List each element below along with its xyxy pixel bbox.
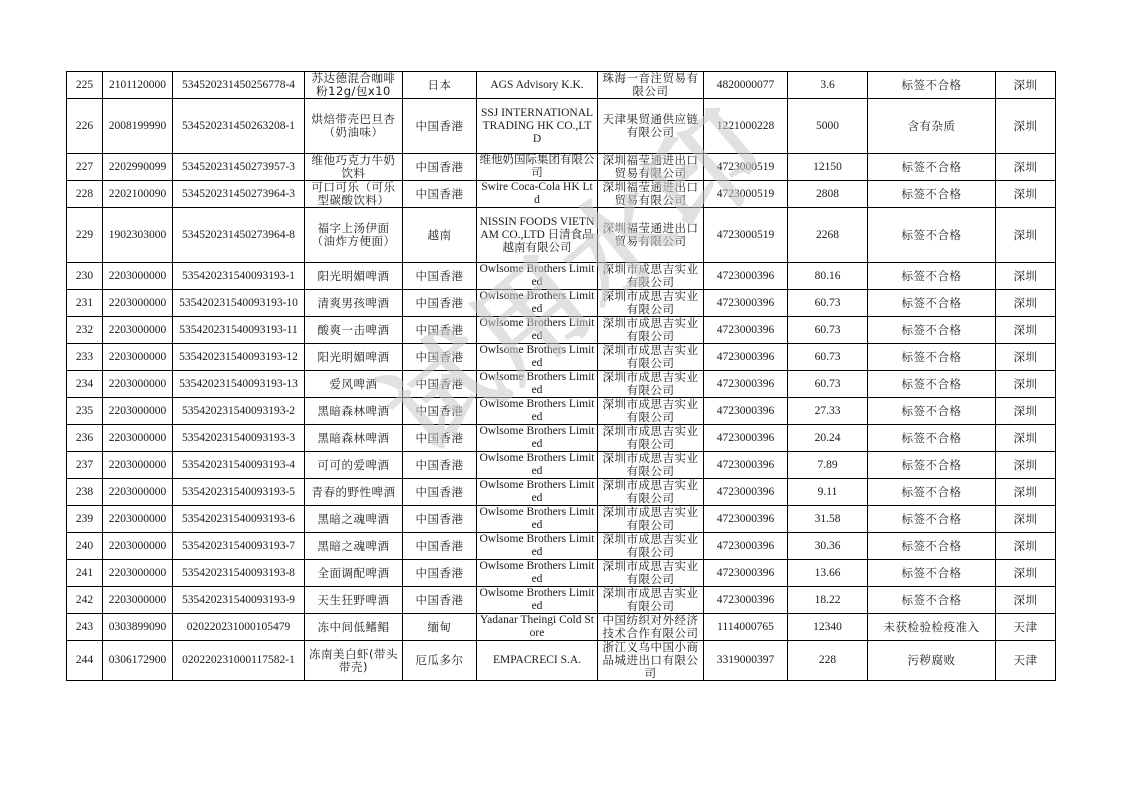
row-number-cell: 233: [67, 344, 103, 371]
quantity-cell: 80.16: [788, 263, 868, 290]
port-cell: 深圳: [996, 506, 1056, 533]
rejection-reason-cell: 标签不合格: [868, 533, 996, 560]
table-row: 2332203000000535420231540093193-12阳光明媚啤酒…: [67, 344, 1056, 371]
row-number-cell: 240: [67, 533, 103, 560]
hs-code-cell: 1902303000: [103, 208, 173, 263]
table-row: 2352203000000535420231540093193-2黑暗森林啤酒中…: [67, 398, 1056, 425]
product-name-cell: 黑暗之魂啤酒: [305, 533, 403, 560]
row-number-cell: 235: [67, 398, 103, 425]
importer-code-cell: 3319000397: [704, 641, 788, 681]
importer-code-cell: 4723000396: [704, 533, 788, 560]
importer-code-cell: 4723000396: [704, 452, 788, 479]
hs-code-cell: 2203000000: [103, 317, 173, 344]
origin-country-cell: 中国香港: [403, 290, 477, 317]
rejection-reason-cell: 未获检验检疫准入: [868, 614, 996, 641]
importer-name-cell: 深圳市成思吉实业有限公司: [598, 452, 704, 479]
declaration-number-cell: 020220231000105479: [173, 614, 305, 641]
hs-code-cell: 2101120000: [103, 72, 173, 99]
port-cell: 天津: [996, 641, 1056, 681]
row-number-cell: 225: [67, 72, 103, 99]
quantity-cell: 60.73: [788, 371, 868, 398]
declaration-number-cell: 534520231450273964-3: [173, 181, 305, 208]
hs-code-cell: 2202100090: [103, 181, 173, 208]
importer-name-cell: 浙江义乌中国小商品城进出口有限公司: [598, 641, 704, 681]
importer-name-cell: 深圳市成思吉实业有限公司: [598, 344, 704, 371]
producer-name-cell: Yadanar Theingi Cold Store: [477, 614, 598, 641]
declaration-number-cell: 535420231540093193-12: [173, 344, 305, 371]
hs-code-cell: 2203000000: [103, 452, 173, 479]
rejection-reason-cell: 标签不合格: [868, 263, 996, 290]
rejected-imports-table: 2252101120000534520231450256778-4苏达德混合咖啡…: [66, 71, 1056, 681]
port-cell: 深圳: [996, 263, 1056, 290]
table-row: 2252101120000534520231450256778-4苏达德混合咖啡…: [67, 72, 1056, 99]
table-row: 2392203000000535420231540093193-6黑暗之魂啤酒中…: [67, 506, 1056, 533]
table-row: 2342203000000535420231540093193-13爱风啤酒中国…: [67, 371, 1056, 398]
port-cell: 深圳: [996, 344, 1056, 371]
importer-name-cell: 珠海一音注贸易有限公司: [598, 72, 704, 99]
row-number-cell: 232: [67, 317, 103, 344]
declaration-number-cell: 535420231540093193-1: [173, 263, 305, 290]
port-cell: 深圳: [996, 398, 1056, 425]
importer-code-cell: 4723000519: [704, 154, 788, 181]
importer-name-cell: 深圳市成思吉实业有限公司: [598, 533, 704, 560]
producer-name-cell: Owlsome Brothers Limited: [477, 506, 598, 533]
hs-code-cell: 2203000000: [103, 344, 173, 371]
rejection-reason-cell: 标签不合格: [868, 317, 996, 344]
hs-code-cell: 2203000000: [103, 398, 173, 425]
declaration-number-cell: 534520231450273957-3: [173, 154, 305, 181]
origin-country-cell: 中国香港: [403, 425, 477, 452]
rejection-reason-cell: 标签不合格: [868, 425, 996, 452]
hs-code-cell: 2203000000: [103, 479, 173, 506]
declaration-number-cell: 535420231540093193-2: [173, 398, 305, 425]
product-name-cell: 冻南美白虾(带头带壳): [305, 641, 403, 681]
product-name-cell: 维他巧克力牛奶饮料: [305, 154, 403, 181]
port-cell: 深圳: [996, 72, 1056, 99]
quantity-cell: 31.58: [788, 506, 868, 533]
rejection-reason-cell: 标签不合格: [868, 344, 996, 371]
origin-country-cell: 中国香港: [403, 344, 477, 371]
row-number-cell: 231: [67, 290, 103, 317]
quantity-cell: 60.73: [788, 290, 868, 317]
quantity-cell: 30.36: [788, 533, 868, 560]
rejection-reason-cell: 标签不合格: [868, 181, 996, 208]
table-row: 2322203000000535420231540093193-11酸爽一击啤酒…: [67, 317, 1056, 344]
importer-name-cell: 深圳市成思吉实业有限公司: [598, 290, 704, 317]
importer-code-cell: 4723000396: [704, 263, 788, 290]
product-name-cell: 黑暗森林啤酒: [305, 398, 403, 425]
product-name-cell: 天生狂野啤酒: [305, 587, 403, 614]
origin-country-cell: 中国香港: [403, 533, 477, 560]
quantity-cell: 27.33: [788, 398, 868, 425]
row-number-cell: 241: [67, 560, 103, 587]
producer-name-cell: Owlsome Brothers Limited: [477, 425, 598, 452]
port-cell: 深圳: [996, 208, 1056, 263]
producer-name-cell: Swire Coca-Cola HK Ltd: [477, 181, 598, 208]
declaration-number-cell: 535420231540093193-10: [173, 290, 305, 317]
table-row: 2402203000000535420231540093193-7黑暗之魂啤酒中…: [67, 533, 1056, 560]
product-name-cell: 阳光明媚啤酒: [305, 344, 403, 371]
rejection-reason-cell: 标签不合格: [868, 398, 996, 425]
origin-country-cell: 越南: [403, 208, 477, 263]
rejection-reason-cell: 标签不合格: [868, 452, 996, 479]
origin-country-cell: 中国香港: [403, 452, 477, 479]
product-name-cell: 酸爽一击啤酒: [305, 317, 403, 344]
importer-name-cell: 深圳福莹通进出口贸易有限公司: [598, 154, 704, 181]
quantity-cell: 60.73: [788, 344, 868, 371]
origin-country-cell: 厄瓜多尔: [403, 641, 477, 681]
port-cell: 深圳: [996, 560, 1056, 587]
table-row: 2291902303000534520231450273964-8福字上汤伊面（…: [67, 208, 1056, 263]
port-cell: 深圳: [996, 181, 1056, 208]
product-name-cell: 清爽男孩啤酒: [305, 290, 403, 317]
port-cell: 深圳: [996, 317, 1056, 344]
importer-code-cell: 4723000396: [704, 587, 788, 614]
row-number-cell: 236: [67, 425, 103, 452]
product-name-cell: 可可的爱啤酒: [305, 452, 403, 479]
producer-name-cell: Owlsome Brothers Limited: [477, 587, 598, 614]
hs-code-cell: 0306172900: [103, 641, 173, 681]
rejection-reason-cell: 标签不合格: [868, 371, 996, 398]
importer-code-cell: 4723000519: [704, 208, 788, 263]
table-row: 2272202990099534520231450273957-3维他巧克力牛奶…: [67, 154, 1056, 181]
origin-country-cell: 中国香港: [403, 587, 477, 614]
row-number-cell: 244: [67, 641, 103, 681]
product-name-cell: 黑暗森林啤酒: [305, 425, 403, 452]
table-row: 2282202100090534520231450273964-3可口可乐（可乐…: [67, 181, 1056, 208]
table-row: 2422203000000535420231540093193-9天生狂野啤酒中…: [67, 587, 1056, 614]
importer-name-cell: 中国纺织对外经济技术合作有限公司: [598, 614, 704, 641]
product-name-cell: 冻中间低鳍鲳: [305, 614, 403, 641]
producer-name-cell: EMPACRECI S.A.: [477, 641, 598, 681]
port-cell: 深圳: [996, 587, 1056, 614]
producer-name-cell: SSJ INTERNATIONAL TRADING HK CO.,LTD: [477, 99, 598, 154]
importer-code-cell: 4723000396: [704, 398, 788, 425]
row-number-cell: 227: [67, 154, 103, 181]
declaration-number-cell: 535420231540093193-11: [173, 317, 305, 344]
product-name-cell: 青春的野性啤酒: [305, 479, 403, 506]
row-number-cell: 228: [67, 181, 103, 208]
origin-country-cell: 缅甸: [403, 614, 477, 641]
importer-name-cell: 深圳市成思吉实业有限公司: [598, 317, 704, 344]
quantity-cell: 228: [788, 641, 868, 681]
port-cell: 天津: [996, 614, 1056, 641]
origin-country-cell: 中国香港: [403, 317, 477, 344]
table-row: 2302203000000535420231540093193-1阳光明媚啤酒中…: [67, 263, 1056, 290]
importer-name-cell: 深圳市成思吉实业有限公司: [598, 398, 704, 425]
quantity-cell: 5000: [788, 99, 868, 154]
row-number-cell: 237: [67, 452, 103, 479]
producer-name-cell: Owlsome Brothers Limited: [477, 560, 598, 587]
rejection-reason-cell: 标签不合格: [868, 290, 996, 317]
product-name-cell: 黑暗之魂啤酒: [305, 506, 403, 533]
importer-name-cell: 深圳市成思吉实业有限公司: [598, 560, 704, 587]
table-row: 2312203000000535420231540093193-10清爽男孩啤酒…: [67, 290, 1056, 317]
producer-name-cell: AGS Advisory K.K.: [477, 72, 598, 99]
origin-country-cell: 中国香港: [403, 99, 477, 154]
producer-name-cell: Owlsome Brothers Limited: [477, 371, 598, 398]
quantity-cell: 60.73: [788, 317, 868, 344]
origin-country-cell: 中国香港: [403, 263, 477, 290]
rejection-reason-cell: 标签不合格: [868, 208, 996, 263]
declaration-number-cell: 535420231540093193-13: [173, 371, 305, 398]
rejection-reason-cell: 标签不合格: [868, 506, 996, 533]
declaration-number-cell: 535420231540093193-6: [173, 506, 305, 533]
port-cell: 深圳: [996, 371, 1056, 398]
importer-name-cell: 深圳市成思吉实业有限公司: [598, 587, 704, 614]
origin-country-cell: 中国香港: [403, 398, 477, 425]
product-name-cell: 烘焙带壳巴旦杏（奶油味）: [305, 99, 403, 154]
importer-name-cell: 天津果贸通供应链有限公司: [598, 99, 704, 154]
importer-code-cell: 4723000519: [704, 181, 788, 208]
importer-name-cell: 深圳市成思吉实业有限公司: [598, 425, 704, 452]
product-name-cell: 阳光明媚啤酒: [305, 263, 403, 290]
product-name-cell: 苏达德混合咖啡粉12g/包x10: [305, 72, 403, 99]
producer-name-cell: Owlsome Brothers Limited: [477, 398, 598, 425]
rejection-reason-cell: 标签不合格: [868, 587, 996, 614]
port-cell: 深圳: [996, 425, 1056, 452]
origin-country-cell: 日本: [403, 72, 477, 99]
row-number-cell: 226: [67, 99, 103, 154]
importer-code-cell: 4723000396: [704, 479, 788, 506]
importer-code-cell: 4723000396: [704, 290, 788, 317]
quantity-cell: 7.89: [788, 452, 868, 479]
producer-name-cell: Owlsome Brothers Limited: [477, 344, 598, 371]
hs-code-cell: 2202990099: [103, 154, 173, 181]
hs-code-cell: 2203000000: [103, 290, 173, 317]
declaration-number-cell: 534520231450273964-8: [173, 208, 305, 263]
quantity-cell: 12150: [788, 154, 868, 181]
producer-name-cell: Owlsome Brothers Limited: [477, 317, 598, 344]
row-number-cell: 239: [67, 506, 103, 533]
importer-name-cell: 深圳市成思吉实业有限公司: [598, 506, 704, 533]
quantity-cell: 2808: [788, 181, 868, 208]
rejection-reason-cell: 标签不合格: [868, 72, 996, 99]
row-number-cell: 242: [67, 587, 103, 614]
quantity-cell: 9.11: [788, 479, 868, 506]
product-name-cell: 爱风啤酒: [305, 371, 403, 398]
port-cell: 深圳: [996, 533, 1056, 560]
origin-country-cell: 中国香港: [403, 154, 477, 181]
hs-code-cell: 2203000000: [103, 263, 173, 290]
origin-country-cell: 中国香港: [403, 479, 477, 506]
row-number-cell: 234: [67, 371, 103, 398]
rejection-reason-cell: 污秽腐败: [868, 641, 996, 681]
table-row: 2430303899090020220231000105479冻中间低鳍鲳缅甸Y…: [67, 614, 1056, 641]
producer-name-cell: 维他奶国际集团有限公司: [477, 154, 598, 181]
origin-country-cell: 中国香港: [403, 560, 477, 587]
importer-code-cell: 1114000765: [704, 614, 788, 641]
rejection-reason-cell: 标签不合格: [868, 154, 996, 181]
row-number-cell: 229: [67, 208, 103, 263]
declaration-number-cell: 535420231540093193-5: [173, 479, 305, 506]
table-row: 2262008199990534520231450263208-1烘焙带壳巴旦杏…: [67, 99, 1056, 154]
origin-country-cell: 中国香港: [403, 181, 477, 208]
hs-code-cell: 2203000000: [103, 560, 173, 587]
rejection-reason-cell: 标签不合格: [868, 560, 996, 587]
producer-name-cell: NISSIN FOODS VIETNAM CO.,LTD 日清食品越南有限公司: [477, 208, 598, 263]
importer-name-cell: 深圳市成思吉实业有限公司: [598, 371, 704, 398]
product-name-cell: 全面调配啤酒: [305, 560, 403, 587]
table-row: 2382203000000535420231540093193-5青春的野性啤酒…: [67, 479, 1056, 506]
importer-code-cell: 4820000077: [704, 72, 788, 99]
importer-code-cell: 4723000396: [704, 344, 788, 371]
producer-name-cell: Owlsome Brothers Limited: [477, 263, 598, 290]
port-cell: 深圳: [996, 290, 1056, 317]
declaration-number-cell: 535420231540093193-8: [173, 560, 305, 587]
importer-code-cell: 4723000396: [704, 425, 788, 452]
producer-name-cell: Owlsome Brothers Limited: [477, 290, 598, 317]
product-name-cell: 可口可乐（可乐型碳酸饮料）: [305, 181, 403, 208]
port-cell: 深圳: [996, 99, 1056, 154]
declaration-number-cell: 535420231540093193-4: [173, 452, 305, 479]
rejection-reason-cell: 含有杂质: [868, 99, 996, 154]
declaration-number-cell: 534520231450256778-4: [173, 72, 305, 99]
declaration-number-cell: 535420231540093193-9: [173, 587, 305, 614]
row-number-cell: 243: [67, 614, 103, 641]
port-cell: 深圳: [996, 154, 1056, 181]
rejection-reason-cell: 标签不合格: [868, 479, 996, 506]
quantity-cell: 2268: [788, 208, 868, 263]
origin-country-cell: 中国香港: [403, 506, 477, 533]
hs-code-cell: 2203000000: [103, 425, 173, 452]
quantity-cell: 13.66: [788, 560, 868, 587]
row-number-cell: 230: [67, 263, 103, 290]
declaration-number-cell: 020220231000117582-1: [173, 641, 305, 681]
quantity-cell: 18.22: [788, 587, 868, 614]
table-row: 2412203000000535420231540093193-8全面调配啤酒中…: [67, 560, 1056, 587]
row-number-cell: 238: [67, 479, 103, 506]
origin-country-cell: 中国香港: [403, 371, 477, 398]
declaration-number-cell: 535420231540093193-7: [173, 533, 305, 560]
hs-code-cell: 2203000000: [103, 587, 173, 614]
hs-code-cell: 2008199990: [103, 99, 173, 154]
quantity-cell: 3.6: [788, 72, 868, 99]
importer-name-cell: 深圳福莹通进出口贸易有限公司: [598, 208, 704, 263]
producer-name-cell: Owlsome Brothers Limited: [477, 533, 598, 560]
hs-code-cell: 2203000000: [103, 533, 173, 560]
declaration-number-cell: 535420231540093193-3: [173, 425, 305, 452]
importer-name-cell: 深圳市成思吉实业有限公司: [598, 263, 704, 290]
importer-name-cell: 深圳福莹通进出口贸易有限公司: [598, 181, 704, 208]
port-cell: 深圳: [996, 452, 1056, 479]
declaration-number-cell: 534520231450263208-1: [173, 99, 305, 154]
table-row: 2372203000000535420231540093193-4可可的爱啤酒中…: [67, 452, 1056, 479]
importer-code-cell: 4723000396: [704, 317, 788, 344]
importer-name-cell: 深圳市成思吉实业有限公司: [598, 479, 704, 506]
table-row: 2440306172900020220231000117582-1冻南美白虾(带…: [67, 641, 1056, 681]
producer-name-cell: Owlsome Brothers Limited: [477, 479, 598, 506]
importer-code-cell: 4723000396: [704, 560, 788, 587]
hs-code-cell: 2203000000: [103, 506, 173, 533]
producer-name-cell: Owlsome Brothers Limited: [477, 452, 598, 479]
importer-code-cell: 4723000396: [704, 371, 788, 398]
table-body: 2252101120000534520231450256778-4苏达德混合咖啡…: [67, 72, 1056, 681]
product-name-cell: 福字上汤伊面（油炸方便面）: [305, 208, 403, 263]
table-row: 2362203000000535420231540093193-3黑暗森林啤酒中…: [67, 425, 1056, 452]
hs-code-cell: 2203000000: [103, 371, 173, 398]
quantity-cell: 20.24: [788, 425, 868, 452]
importer-code-cell: 4723000396: [704, 506, 788, 533]
port-cell: 深圳: [996, 479, 1056, 506]
quantity-cell: 12340: [788, 614, 868, 641]
importer-code-cell: 1221000228: [704, 99, 788, 154]
hs-code-cell: 0303899090: [103, 614, 173, 641]
